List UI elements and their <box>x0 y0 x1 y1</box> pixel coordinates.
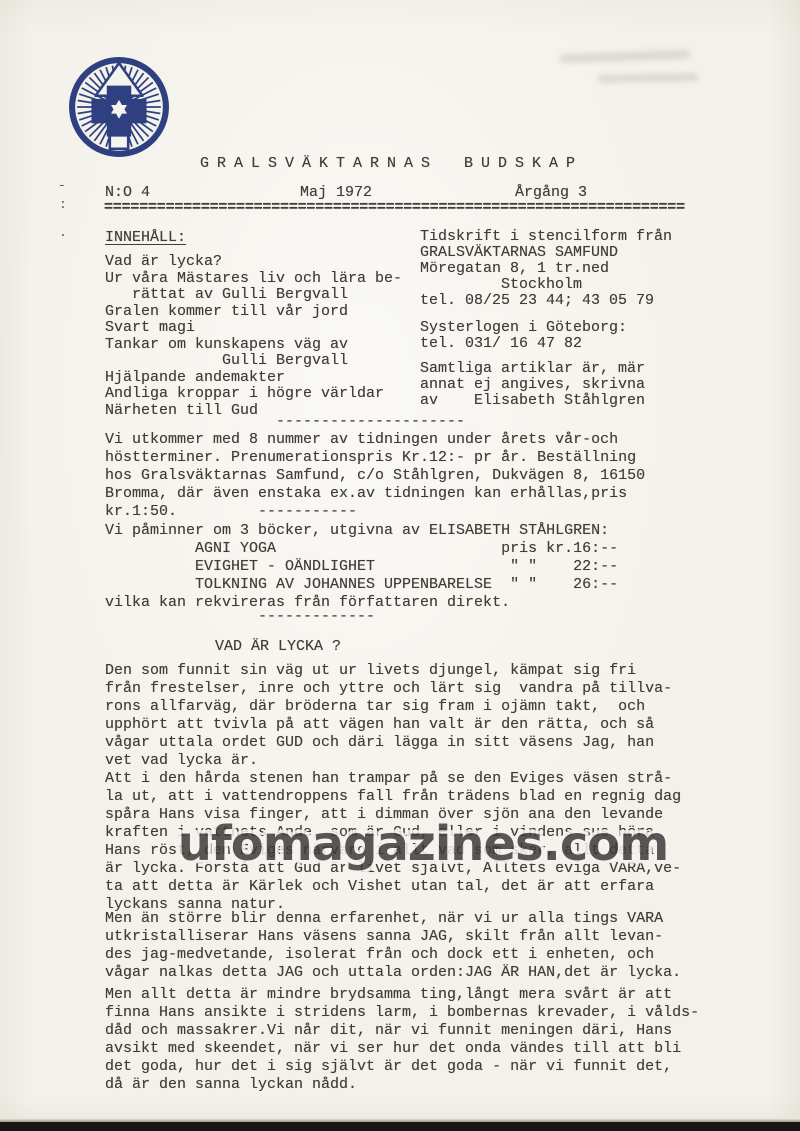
publisher-gothenburg: Systerlogen i Göteborg: tel. 031/ 16 47 … <box>420 320 627 352</box>
scan-edge-bar <box>0 1122 800 1131</box>
article-heading: VAD ÄR LYCKA ? <box>215 638 341 656</box>
grail-emblem-logo <box>68 56 170 158</box>
article-paragraph-3: Men än större blir denna erfarenhet, när… <box>105 910 681 982</box>
contents-heading: INNEHÅLL: <box>105 229 186 247</box>
faint-smudge <box>598 73 698 83</box>
books-list: Vi påminner om 3 böcker, utgivna av ELIS… <box>105 522 618 612</box>
watermark: ufomagazines.com <box>168 808 678 884</box>
dash-separator: ------------- <box>258 608 375 626</box>
subscription-note: --------------------- Vi utkommer med 8 … <box>105 413 645 521</box>
article-paragraph-4: Men allt detta är mindre brydsamma ting,… <box>105 986 699 1094</box>
contents-list: Vad är lycka? Ur våra Mästares liv och l… <box>105 254 402 419</box>
publisher-byline: Samtliga artiklar är, mär annat ej angiv… <box>420 361 645 409</box>
article-paragraph-1: Den som funnit sin väg ut ur livets djun… <box>105 662 672 770</box>
publisher-address: Tidskrift i stencilform från GRALSVÄKTAR… <box>420 229 672 309</box>
faint-smudge <box>560 50 690 64</box>
watermark-text: ufomagazines.com <box>178 816 669 872</box>
scan-artifact: : <box>59 198 67 211</box>
double-rule: ========================================… <box>104 200 685 216</box>
magazine-title: GRALSVÄKTARNAS BUDSKAP <box>200 156 583 172</box>
scan-artifact: - <box>58 179 66 192</box>
scan-artifact: . <box>59 226 67 239</box>
